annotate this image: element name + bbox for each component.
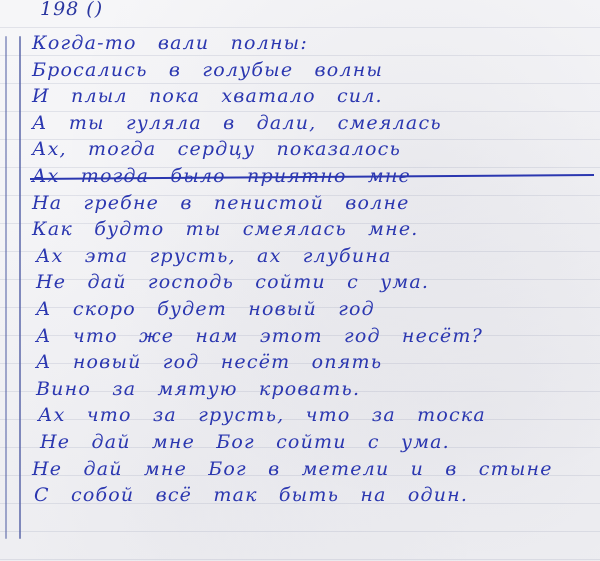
- notebook-page: 198 () Когда-то вали полны: Бросались в …: [0, 0, 600, 561]
- page-number: 198 (): [40, 0, 103, 20]
- poem-line: Ах эта грусть, ах глубина: [32, 243, 590, 270]
- poem-line: Не дай мне Бог в метели и в стыне: [32, 456, 590, 483]
- poem-line: На гребне в пенистой волне: [32, 190, 590, 217]
- poem-line: А ты гуляла в дали, смеялась: [32, 110, 590, 137]
- poem-line: Как будто ты смеялась мне.: [32, 216, 590, 243]
- poem-line: И плыл пока хватало сил.: [32, 83, 590, 110]
- poem-line: Ах, тогда сердцу показалось: [32, 136, 590, 163]
- poem-line: А что же нам этот год несёт?: [32, 323, 590, 350]
- poem-line: Бросались в голубые волны: [32, 57, 590, 84]
- margin-line-inner: [19, 36, 21, 539]
- poem-line: Не дай мне Бог сойти с ума.: [32, 429, 590, 456]
- poem-line: А новый год несёт опять: [32, 349, 590, 376]
- poem-line: Ах что за грусть, что за тоска: [32, 402, 590, 429]
- poem-line: С собой всё так быть на один.: [32, 482, 590, 509]
- poem-body: Когда-то вали полны: Бросались в голубые…: [32, 30, 590, 509]
- poem-line: Вино за мятую кровать.: [32, 376, 590, 403]
- poem-line: А скоро будет новый год: [32, 296, 590, 323]
- poem-line: Не дай господь сойти с ума.: [32, 269, 590, 296]
- margin-line-outer: [5, 36, 7, 539]
- poem-line: Когда-то вали полны:: [32, 30, 590, 57]
- poem-line-struck-through: Ах тогда было приятно мне: [32, 163, 590, 190]
